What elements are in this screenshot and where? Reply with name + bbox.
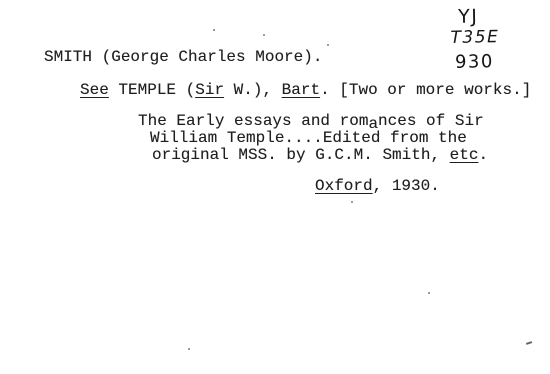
scan-speck [351,201,353,203]
shelfmark-line-1: YJ [458,5,479,27]
scan-speck [327,44,329,46]
scan-speck [213,29,215,31]
title-note-text: original MSS. by G.C.M. Smith, [152,146,450,164]
see-label: See [80,81,109,99]
scan-speck [188,348,190,350]
scan-speck [428,292,430,294]
shelfmark-line-3: 930 [455,51,494,73]
imprint-year: , 1930. [373,177,440,195]
shelfmark-line-2: T35E [450,27,499,48]
title-note-text: . [478,146,488,164]
title-note-text: The Early essays and rom [138,112,368,130]
bart-label: Bart [282,81,320,99]
scan-speck [263,34,265,36]
see-reference-text: W.), [224,81,282,99]
scan-speck [526,341,532,344]
sir-label: Sir [195,81,224,99]
author-heading: SMITH (George Charles Moore). [44,48,322,67]
title-note-text: nces of Sir [378,112,484,130]
title-note-line-3: original MSS. by G.C.M. Smith, etc. [152,146,488,165]
imprint: Oxford, 1930. [315,177,440,196]
see-reference-text: TEMPLE ( [109,81,195,99]
catalog-card: YJ T35E 930 SMITH (George Charles Moore)… [0,0,550,374]
imprint-place: Oxford [315,177,373,195]
etc-label: etc [450,146,479,164]
see-reference: See TEMPLE (Sir W.), Bart. [Two or more … [80,81,531,100]
see-reference-text: . [Two or more works.] [320,81,531,99]
